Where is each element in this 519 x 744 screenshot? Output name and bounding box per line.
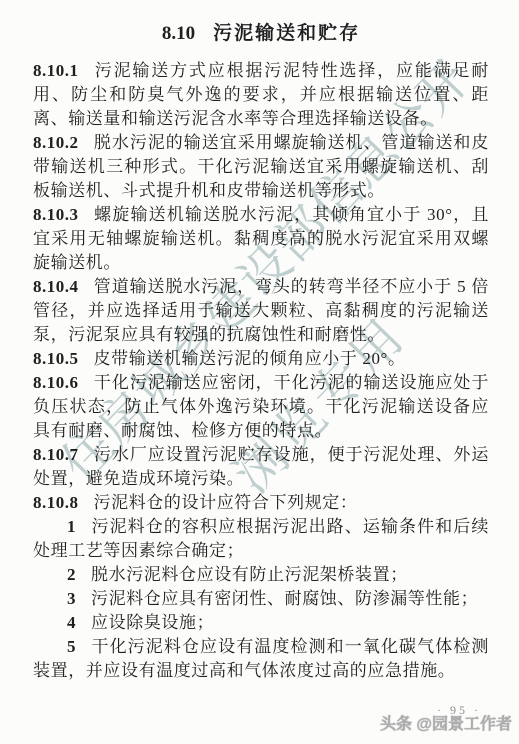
clause-text: 污水厂应设置污泥贮存设施，便于污泥处理、外运处置，避免造成环境污染。 (33, 445, 489, 488)
subitem-1: 1污泥料仓的容积应根据污泥出路、运输条件和后续处理工艺等因素综合确定； (33, 515, 489, 563)
clause-8-10-1: 8.10.1污泥输送方式应根据污泥特性选择，应能满足耐用、防尘和防臭气外逸的要求… (33, 59, 489, 131)
clause-text: 脱水污泥的输送宜采用螺旋输送机、管道输送和皮带输送机三种形式。干化污泥输送宜采用… (33, 133, 489, 200)
clause-number: 8.10.3 (33, 205, 79, 224)
subitem-5: 5干化污泥料仓应设有温度检测和一氧化碳气体检测装置，并应设有温度过高和气体浓度过… (33, 635, 489, 683)
clause-number: 8.10.1 (33, 61, 79, 80)
subitem-text: 脱水污泥料仓应设有防止污泥架桥装置； (91, 565, 408, 584)
clause-text: 螺旋输送机输送脱水污泥，其倾角宜小于 30°，且宜采用无轴螺旋输送机。黏稠度高的… (33, 205, 489, 272)
credit-watermark: 头条 @园景工作者 (380, 711, 512, 734)
clause-text: 污泥料仓的设计应符合下列规定： (94, 493, 358, 512)
clause-text: 管道输送脱水污泥，弯头的转弯半径不应小于 5 倍管径，并应选择适用于输送大颗粒、… (33, 277, 489, 344)
clause-text: 干化污泥输送应密闭，干化污泥的输送设施应处于负压状态，防止气体外逸污染环境。干化… (33, 373, 489, 440)
clause-text: 皮带输送机输送污泥的倾角应小于 20°。 (94, 349, 406, 368)
subitem-number: 5 (67, 637, 76, 656)
subitem-text: 干化污泥料仓应设有温度检测和一氧化碳气体检测装置，并应设有温度过高和气体浓度过高… (33, 637, 489, 680)
subitem-2: 2脱水污泥料仓应设有防止污泥架桥装置； (33, 563, 489, 587)
page-content: 8.10污泥输送和贮存 8.10.1污泥输送方式应根据污泥特性选择，应能满足耐用… (33, 12, 489, 683)
clause-number: 8.10.2 (33, 133, 79, 152)
subitem-number: 3 (67, 589, 76, 608)
clause-number: 8.10.8 (33, 493, 79, 512)
subitem-number: 1 (67, 517, 76, 536)
clause-number: 8.10.7 (33, 445, 79, 464)
section-title-number: 8.10 (162, 23, 195, 44)
clause-8-10-2: 8.10.2脱水污泥的输送宜采用螺旋输送机、管道输送和皮带输送机三种形式。干化污… (33, 131, 489, 203)
subitem-text: 应设除臭设施； (91, 613, 214, 632)
subitem-text: 污泥料仓应具有密闭性、耐腐蚀、防渗漏等性能； (91, 589, 478, 608)
clause-8-10-8: 8.10.8污泥料仓的设计应符合下列规定： (33, 491, 489, 515)
clause-number: 8.10.5 (33, 349, 79, 368)
section-title: 8.10污泥输送和贮存 (33, 18, 489, 45)
clause-8-10-4: 8.10.4管道输送脱水污泥，弯头的转弯半径不应小于 5 倍管径，并应选择适用于… (33, 275, 489, 347)
subitem-number: 2 (67, 565, 76, 584)
subitem-4: 4应设除臭设施； (33, 611, 489, 635)
document-page: 住房城乡建设部信息公开 浏览专用 8.10污泥输送和贮存 8.10.1污泥输送方… (0, 0, 519, 744)
subitem-3: 3污泥料仓应具有密闭性、耐腐蚀、防渗漏等性能； (33, 587, 489, 611)
section-title-text: 污泥输送和贮存 (213, 23, 360, 44)
clause-number: 8.10.4 (33, 277, 79, 296)
clause-text: 污泥输送方式应根据污泥特性选择，应能满足耐用、防尘和防臭气外逸的要求，并应根据输… (33, 61, 489, 128)
clause-8-10-5: 8.10.5皮带输送机输送污泥的倾角应小于 20°。 (33, 347, 489, 371)
clause-8-10-6: 8.10.6干化污泥输送应密闭，干化污泥的输送设施应处于负压状态，防止气体外逸污… (33, 371, 489, 443)
subitem-text: 污泥料仓的容积应根据污泥出路、运输条件和后续处理工艺等因素综合确定； (33, 517, 489, 560)
clause-8-10-3: 8.10.3螺旋输送机输送脱水污泥，其倾角宜小于 30°，且宜采用无轴螺旋输送机… (33, 203, 489, 275)
clause-8-10-7: 8.10.7污水厂应设置污泥贮存设施，便于污泥处理、外运处置，避免造成环境污染。 (33, 443, 489, 491)
clause-number: 8.10.6 (33, 373, 79, 392)
subitem-number: 4 (67, 613, 76, 632)
